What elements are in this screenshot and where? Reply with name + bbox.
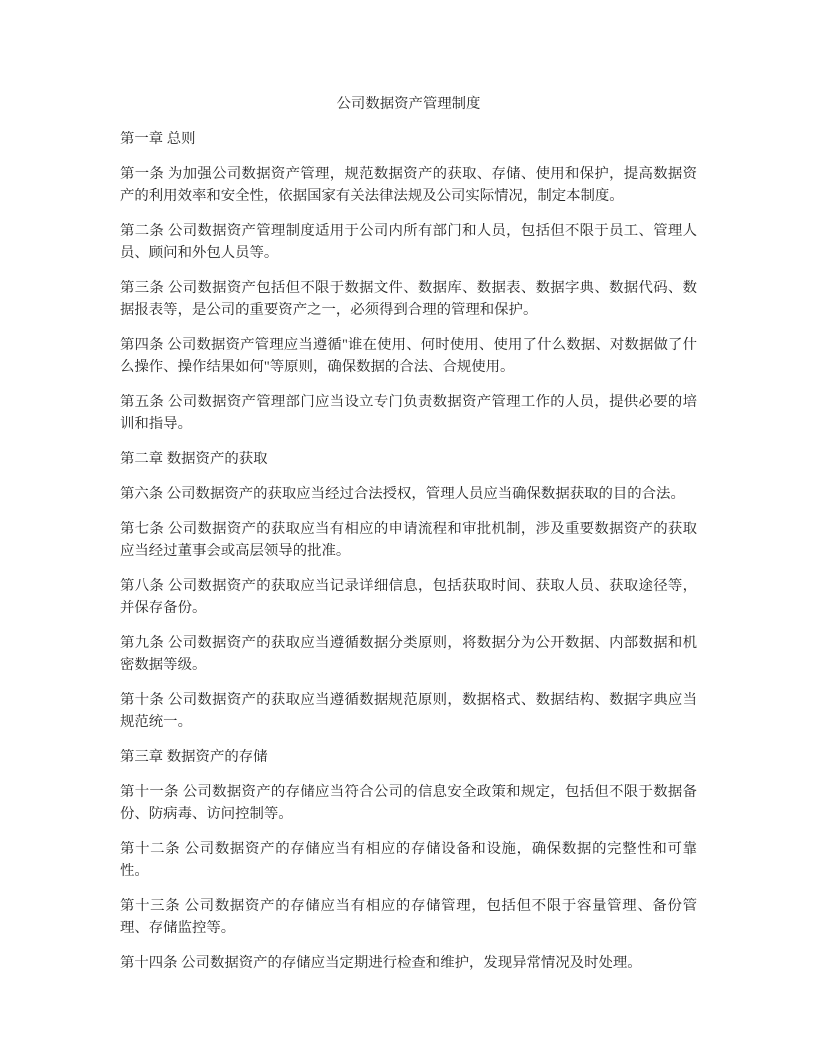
document-page: 公司数据资产管理制度 第一章 总则 第一条 为加强公司数据资产管理，规范数据资产… [0, 0, 816, 1056]
paragraph-article-9: 第九条 公司数据资产的获取应当遵循数据分类原则，将数据分为公开数据、内部数据和机… [120, 632, 697, 676]
paragraph-article-4: 第四条 公司数据资产管理应当遵循"谁在使用、何时使用、使用了什么数据、对数据做了… [120, 334, 697, 378]
paragraph-article-1: 第一条 为加强公司数据资产管理，规范数据资产的获取、存储、使用和保护，提高数据资… [120, 163, 697, 207]
paragraph-article-13: 第十三条 公司数据资产的存储应当有相应的存储管理，包括但不限于容量管理、备份管理… [120, 895, 697, 939]
doc-title: 公司数据资产管理制度 [120, 93, 697, 115]
paragraph-article-5: 第五条 公司数据资产管理部门应当设立专门负责数据资产管理工作的人员，提供必要的培… [120, 391, 697, 435]
paragraph-article-12: 第十二条 公司数据资产的存储应当有相应的存储设备和设施，确保数据的完整性和可靠性… [120, 838, 697, 882]
paragraph-article-7: 第七条 公司数据资产的获取应当有相应的申请流程和审批机制，涉及重要数据资产的获取… [120, 518, 697, 562]
chapter-heading-2: 第二章 数据资产的获取 [120, 448, 697, 470]
paragraph-article-11: 第十一条 公司数据资产的存储应当符合公司的信息安全政策和规定，包括但不限于数据备… [120, 781, 697, 825]
paragraph-article-8: 第八条 公司数据资产的获取应当记录详细信息，包括获取时间、获取人员、获取途径等，… [120, 575, 697, 619]
chapter-heading-1: 第一章 总则 [120, 128, 697, 150]
chapter-heading-3: 第三章 数据资产的存储 [120, 746, 697, 768]
paragraph-article-6: 第六条 公司数据资产的获取应当经过合法授权，管理人员应当确保数据获取的目的合法。 [120, 483, 697, 505]
paragraph-article-3: 第三条 公司数据资产包括但不限于数据文件、数据库、数据表、数据字典、数据代码、数… [120, 277, 697, 321]
paragraph-article-14: 第十四条 公司数据资产的存储应当定期进行检查和维护，发现异常情况及时处理。 [120, 952, 697, 974]
paragraph-article-10: 第十条 公司数据资产的获取应当遵循数据规范原则，数据格式、数据结构、数据字典应当… [120, 689, 697, 733]
paragraph-article-2: 第二条 公司数据资产管理制度适用于公司内所有部门和人员，包括但不限于员工、管理人… [120, 220, 697, 264]
